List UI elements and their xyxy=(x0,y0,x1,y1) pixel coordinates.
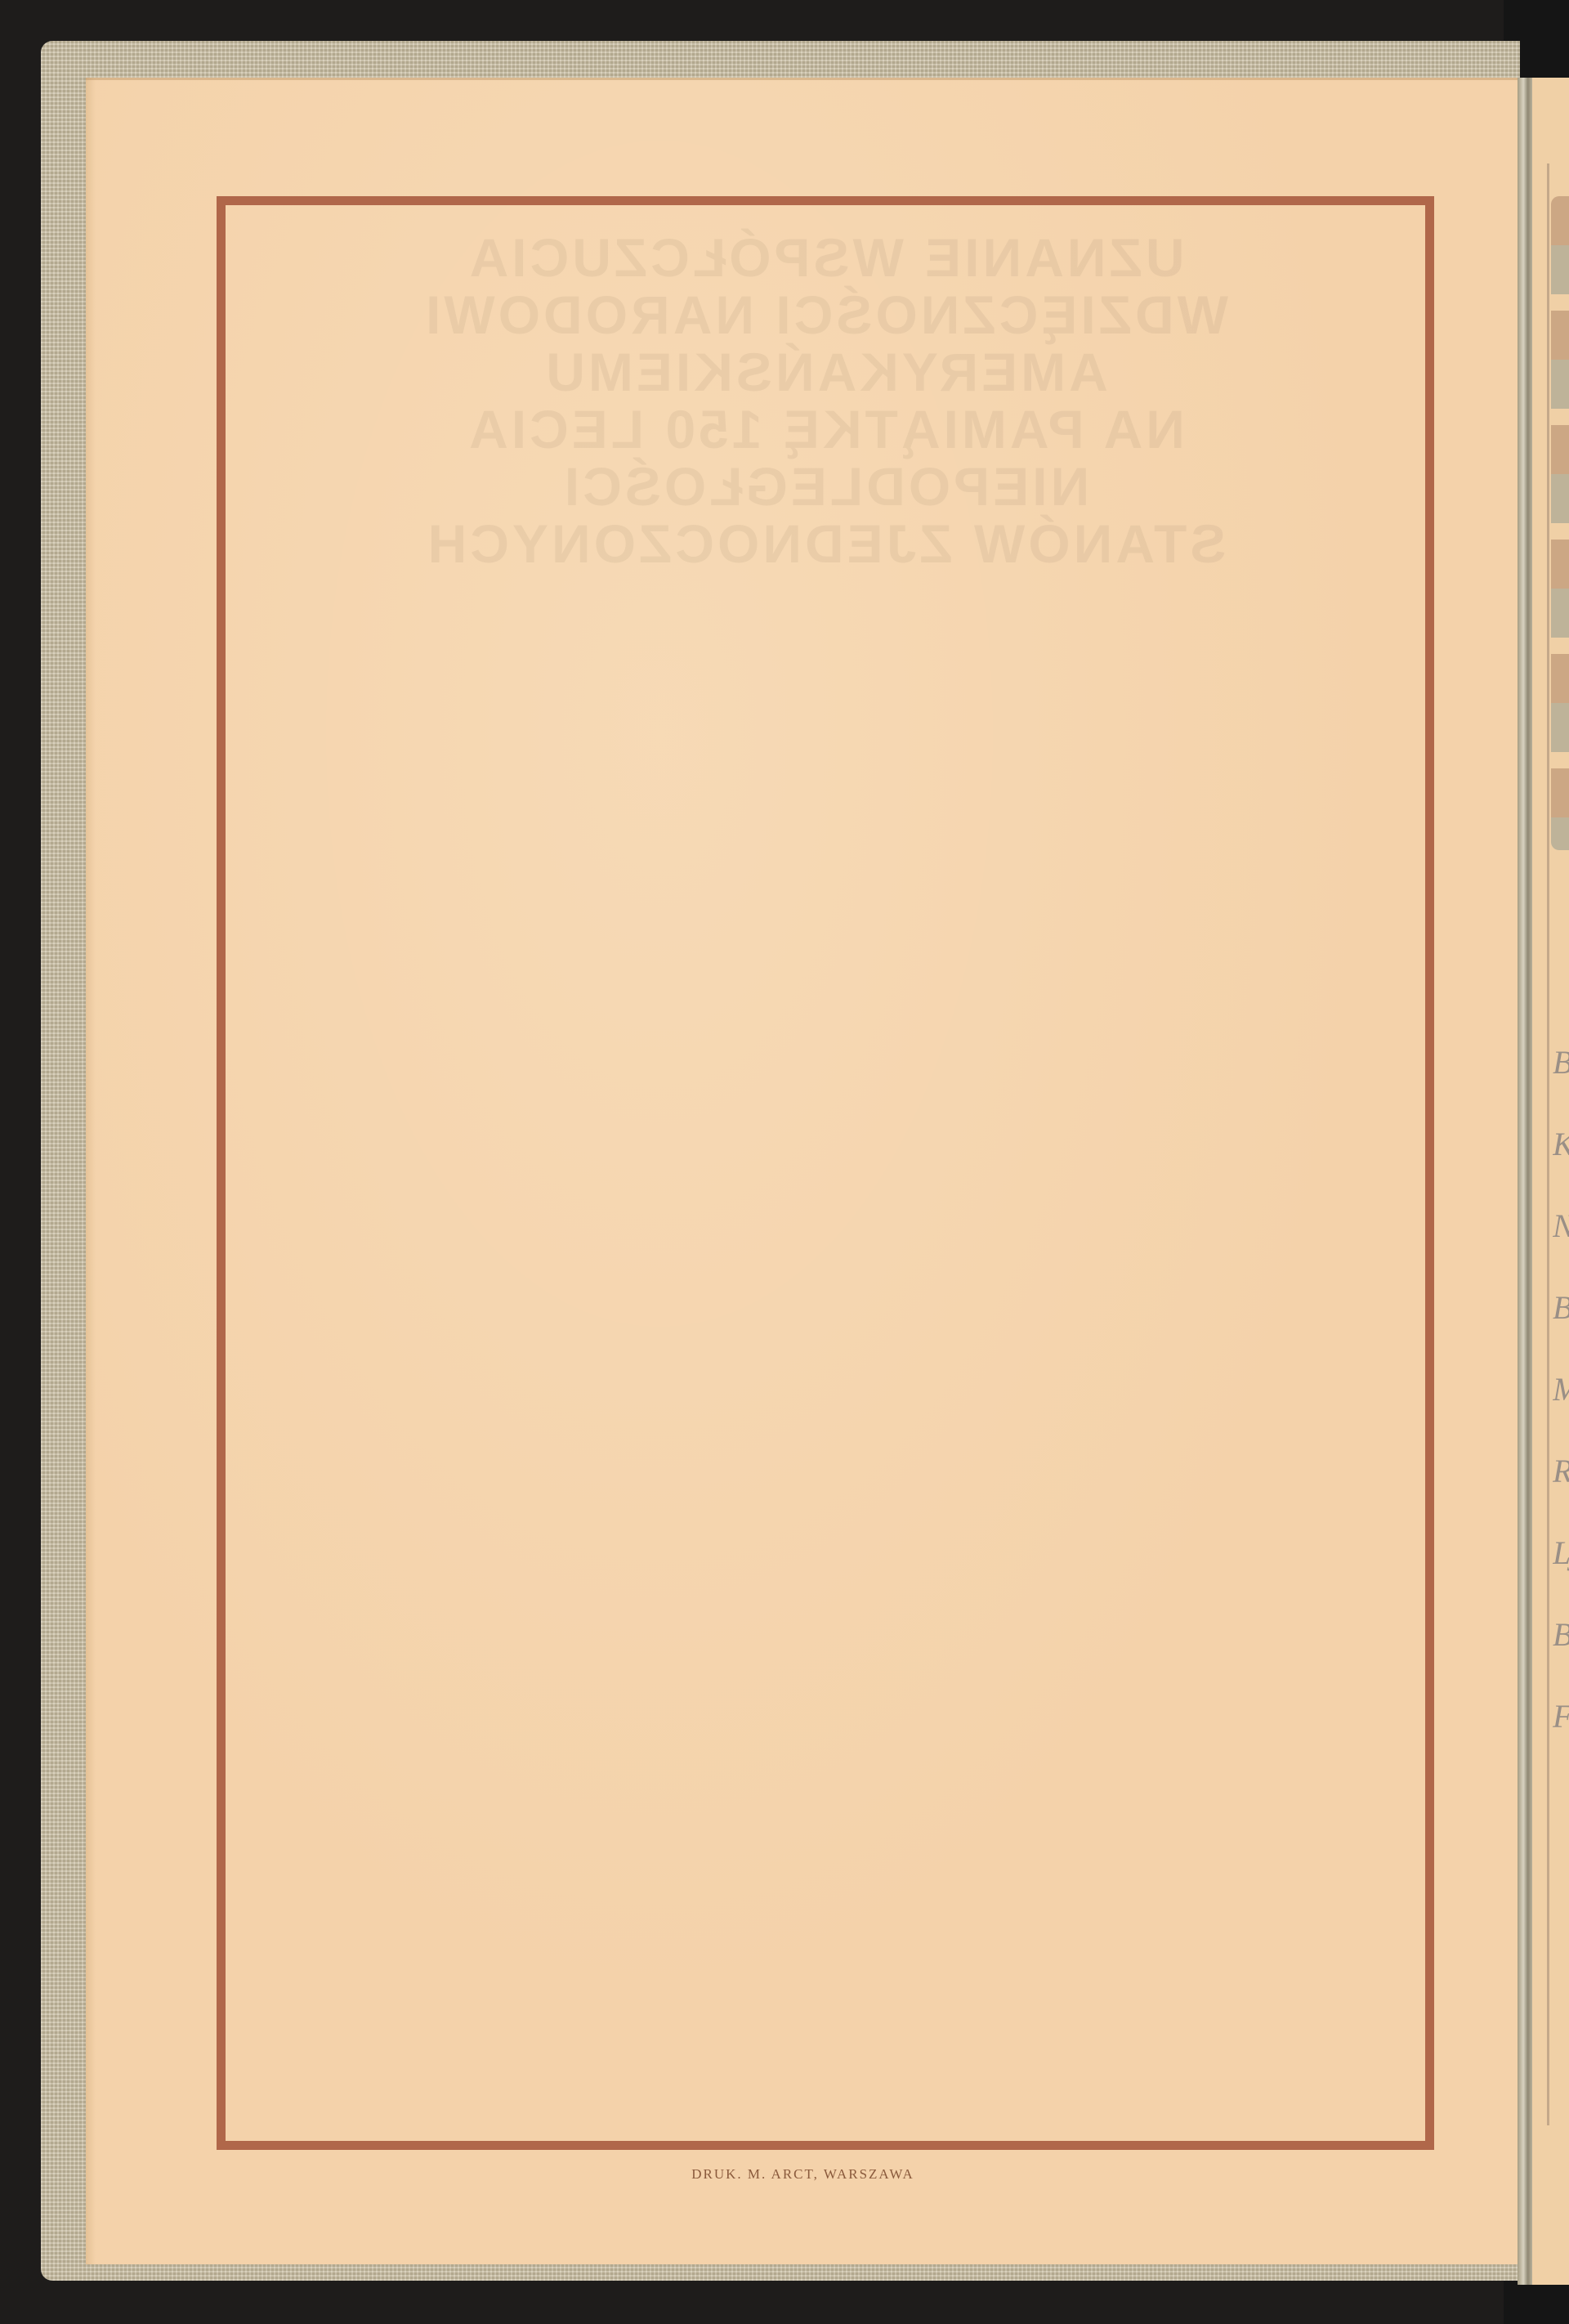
script-fragment: Bu xyxy=(1553,1594,1569,1676)
decorative-frame-border xyxy=(217,196,1434,2150)
script-fragment: Bu xyxy=(1553,1022,1569,1104)
script-fragment: M xyxy=(1553,1349,1569,1431)
script-fragment: Ne xyxy=(1553,1185,1569,1267)
printer-imprint: DRUK. M. ARCT, WARSZAWA xyxy=(86,2166,1520,2183)
facing-page-ornament xyxy=(1551,196,1569,850)
script-fragment: Bi xyxy=(1553,1267,1569,1349)
book-gutter xyxy=(1518,78,1532,2285)
facing-page-script: Bu Kon Ne Bi M Ro Ly Bu Fu xyxy=(1553,1022,1569,2084)
script-fragment: Kon xyxy=(1553,1104,1569,1185)
script-fragment: Fu xyxy=(1553,1676,1569,1758)
script-fragment: Ly xyxy=(1553,1512,1569,1594)
book-page: UZNANIE WSPÓŁCZUCIA WDZIĘCZNOŚCI NARODOW… xyxy=(86,78,1520,2264)
script-fragment: Ro xyxy=(1553,1431,1569,1512)
